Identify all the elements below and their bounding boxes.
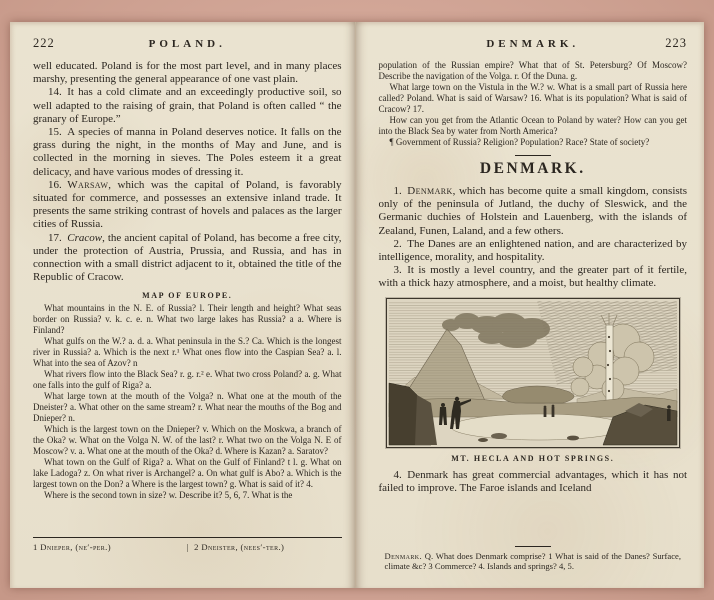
text-paragraph: 15. A species of manna in Poland deserve… xyxy=(33,126,342,179)
right-footer-block: Denmark. Q. What does Denmark comprise? … xyxy=(379,539,688,578)
page-right-denmark: DENMARK. 223 population of the Russian e… xyxy=(355,22,705,588)
text-paragraph: 1. Denmark, which has become quite a sma… xyxy=(379,185,688,238)
question-paragraph: Where is the second town in size? w. Des… xyxy=(33,490,342,501)
book-scan: { "colors": { "backdrop": "#d2a697", "pa… xyxy=(0,0,714,600)
mt-hecla-illustration xyxy=(387,299,679,447)
text-paragraph: 3. It is mostly a level country, and the… xyxy=(379,264,688,290)
footnote-divider: | xyxy=(180,542,194,552)
left-running-head: POLAND. xyxy=(77,38,298,50)
question-paragraph: What mountains in the N. E. of Russia? l… xyxy=(33,303,342,336)
map-of-europe-heading: MAP OF EUROPE. xyxy=(33,291,342,300)
engraving-mt-hecla xyxy=(386,298,680,448)
question-paragraph: What rivers flow into the Black Sea? r. … xyxy=(33,369,342,391)
right-page-number: 223 xyxy=(643,36,687,51)
text-paragraph: 17. Cracow, the ancient capital of Polan… xyxy=(33,232,342,285)
question-paragraph: What large town on the Vistula in the W.… xyxy=(379,82,688,115)
right-main-text-top: 1. Denmark, which has become quite a sma… xyxy=(379,185,688,291)
footer-questions-text: Q. What does Denmark comprise? 1 What is… xyxy=(385,551,682,572)
left-page-number: 222 xyxy=(33,36,77,51)
right-main-text-bottom: 4. Denmark has great commercial advantag… xyxy=(379,469,688,495)
question-paragraph: Which is the largest town on the Dnieper… xyxy=(33,424,342,457)
right-running-head: DENMARK. xyxy=(423,38,644,50)
text-paragraph: well educated. Poland is for the most pa… xyxy=(33,60,342,86)
footnote-dneister: 2 Dneister, (nees′-ter.) xyxy=(194,542,341,552)
text-paragraph: 4. Denmark has great commercial advantag… xyxy=(379,469,688,495)
denmark-chapter-heading: DENMARK. xyxy=(379,160,688,178)
text-paragraph: 14. It has a cold climate and an exceedi… xyxy=(33,86,342,126)
left-page-header: 222 POLAND. xyxy=(33,36,342,51)
text-paragraph: 2. The Danes are an enlightened nation, … xyxy=(379,238,688,264)
footer-rule xyxy=(515,546,551,547)
page-left-poland: 222 POLAND. well educated. Poland is for… xyxy=(10,22,355,588)
right-questions-block: population of the Russian empire? What t… xyxy=(379,60,688,148)
footnote-line: 1 Dnieper, (ne′-per.) | 2 Dneister, (nee… xyxy=(33,538,342,552)
engraving-caption: MT. HECLA AND HOT SPRINGS. xyxy=(379,454,688,463)
question-paragraph: What large town at the mouth of the Volg… xyxy=(33,391,342,424)
left-footnote-block: 1 Dnieper, (ne′-per.) | 2 Dneister, (nee… xyxy=(33,533,342,578)
open-book-spread: 222 POLAND. well educated. Poland is for… xyxy=(10,22,704,588)
denmark-review-questions: Denmark. Q. What does Denmark comprise? … xyxy=(385,551,682,572)
footnote-dnieper: 1 Dnieper, (ne′-per.) xyxy=(33,542,180,552)
text-paragraph: 16. Warsaw, which was the capital of Pol… xyxy=(33,179,342,232)
question-paragraph: What town on the Gulf of Riga? a. What o… xyxy=(33,457,342,490)
left-main-text: well educated. Poland is for the most pa… xyxy=(33,60,342,284)
right-page-header: DENMARK. 223 xyxy=(379,36,688,51)
left-questions-block: What mountains in the N. E. of Russia? l… xyxy=(33,303,342,501)
footer-head: Denmark. xyxy=(385,551,423,561)
question-paragraph: ¶ Government of Russia? Religion? Popula… xyxy=(379,137,688,148)
question-paragraph: population of the Russian empire? What t… xyxy=(379,60,688,82)
section-rule xyxy=(515,155,551,156)
question-paragraph: What gulfs on the W.? a. d. a. What peni… xyxy=(33,336,342,369)
question-paragraph: How can you get from the Atlantic Ocean … xyxy=(379,115,688,137)
